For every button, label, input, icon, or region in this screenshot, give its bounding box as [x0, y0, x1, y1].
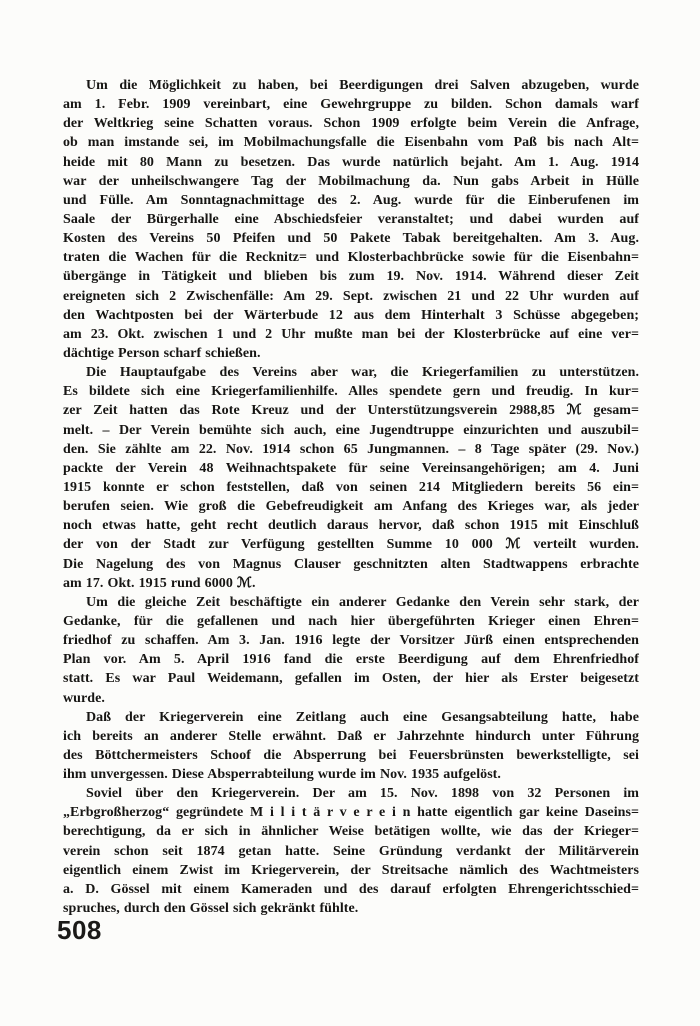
text-line: ihm unvergessen. Diese Absperrabteilung …: [63, 765, 639, 784]
text-line: packte der Verein 48 Weihnachtspakete fü…: [63, 459, 639, 478]
text-line: der von der Stadt zur Verfügung gestellt…: [63, 535, 639, 554]
text-line: am 1. Febr. 1909 vereinbart, eine Gewehr…: [63, 95, 639, 114]
text-line: am 17. Okt. 1915 rund 6000 ℳ.: [63, 574, 639, 593]
paragraph: Um die gleiche Zeit beschäftigte ein and…: [63, 593, 639, 708]
text-line: den. Sie zählte am 22. Nov. 1914 schon 6…: [63, 440, 639, 459]
text-line: traten die Wachen für die Recknitz= und …: [63, 248, 639, 267]
text-line: spruches, durch den Gössel sich gekränkt…: [63, 899, 639, 918]
text-line: ereigneten sich 2 Zwischenfälle: Am 29. …: [63, 287, 639, 306]
page-container: Um die Möglichkeit zu haben, bei Beerdig…: [0, 0, 700, 1026]
text-line: wurde.: [63, 689, 639, 708]
text-line: übergänge in Tätigkeit und blieben bis z…: [63, 267, 639, 286]
paragraph: Daß der Kriegerverein eine Zeitlang auch…: [63, 708, 639, 785]
text-line: Saale der Bürgerhalle eine Abschiedsfeie…: [63, 210, 639, 229]
page-number: 508: [57, 915, 102, 946]
text-line: zer Zeit hatten das Rote Kreuz und der U…: [63, 401, 639, 420]
text-line: Soviel über den Kriegerverein. Der am 15…: [63, 784, 639, 803]
text-line: Kosten des Vereins 50 Pfeifen und 50 Pak…: [63, 229, 639, 248]
text-line: ich bereits an anderer Stelle erwähnt. D…: [63, 727, 639, 746]
text-block: Um die Möglichkeit zu haben, bei Beerdig…: [63, 76, 639, 918]
text-line: Die Nagelung des von Magnus Clauser gesc…: [63, 555, 639, 574]
text-line: des Böttchermeisters Schoof die Absperru…: [63, 746, 639, 765]
text-line: a. D. Gössel mit einem Kameraden und des…: [63, 880, 639, 899]
text-line: „Erbgroßherzog“ gegründete M i l i t ä r…: [63, 803, 639, 822]
text-line: dächtige Person scharf schießen.: [63, 344, 639, 363]
text-line: und Fülle. Am Sonntagnachmittage des 2. …: [63, 191, 639, 210]
text-line: Um die Möglichkeit zu haben, bei Beerdig…: [63, 76, 639, 95]
text-line: eigentlich einem Zwist im Kriegerverein,…: [63, 861, 639, 880]
text-line: Gedanke, für die gefallenen und nach hie…: [63, 612, 639, 631]
text-line: melt. – Der Verein bemühte sich auch, ei…: [63, 421, 639, 440]
text-line: friedhof zu schaffen. Am 3. Jan. 1916 le…: [63, 631, 639, 650]
text-line: Um die gleiche Zeit beschäftigte ein and…: [63, 593, 639, 612]
text-line: den Wachtposten bei der Wärterbude 12 au…: [63, 306, 639, 325]
text-line: noch etwas hatte, geht recht deutlich da…: [63, 516, 639, 535]
text-line: Plan vor. Am 5. April 1916 fand die erst…: [63, 650, 639, 669]
text-line: ob man imstande sei, im Mobilmachungsfal…: [63, 133, 639, 152]
text-line: der Weltkrieg seine Schatten voraus. Sch…: [63, 114, 639, 133]
paragraph: Soviel über den Kriegerverein. Der am 15…: [63, 784, 639, 918]
text-line: 1915 konnte er schon feststellen, daß vo…: [63, 478, 639, 497]
paragraph: Um die Möglichkeit zu haben, bei Beerdig…: [63, 76, 639, 363]
text-line: Es bildete sich eine Kriegerfamilienhilf…: [63, 382, 639, 401]
text-line: Die Hauptaufgabe des Vereins aber war, d…: [63, 363, 639, 382]
text-line: heide mit 80 Mann zu besetzen. Das wurde…: [63, 153, 639, 172]
text-line: Daß der Kriegerverein eine Zeitlang auch…: [63, 708, 639, 727]
text-line: berechtigung, da er sich in ähnlicher We…: [63, 822, 639, 841]
text-line: war der unheilschwangere Tag der Mobilma…: [63, 172, 639, 191]
text-line: statt. Es war Paul Weidemann, gefallen i…: [63, 669, 639, 688]
paragraph: Die Hauptaufgabe des Vereins aber war, d…: [63, 363, 639, 593]
text-line: berufen seien. Wie groß die Gebefreudigk…: [63, 497, 639, 516]
text-line: am 23. Okt. zwischen 1 und 2 Uhr mußte m…: [63, 325, 639, 344]
text-line: verein schon seit 1874 getan hatte. Sein…: [63, 842, 639, 861]
